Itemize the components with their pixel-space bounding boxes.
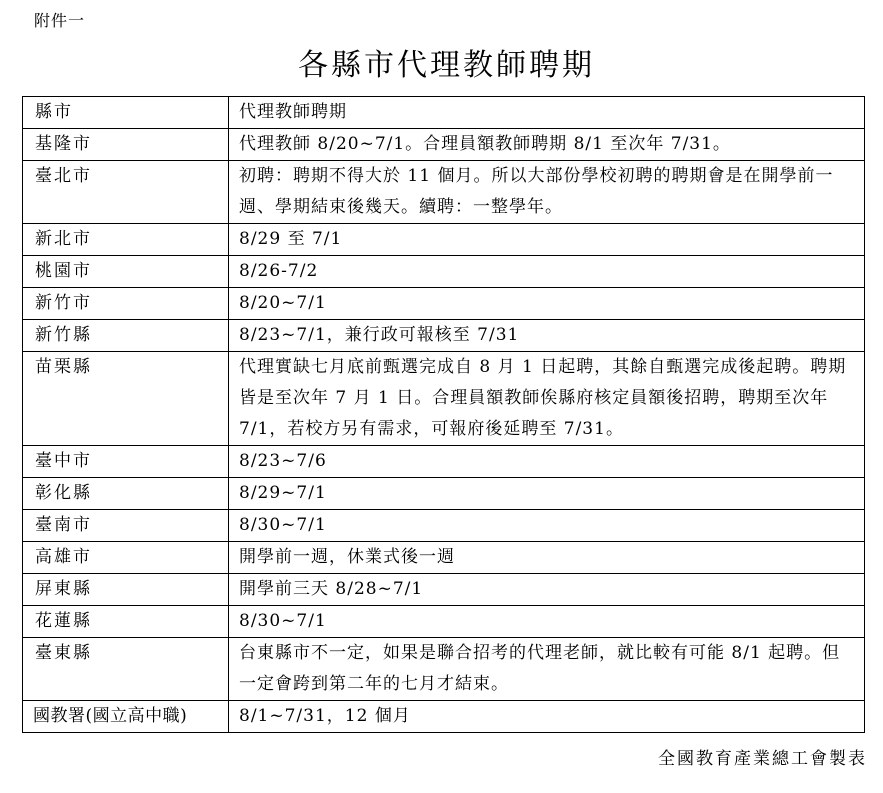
city-cell: 苗栗縣 xyxy=(23,352,229,446)
city-cell: 高雄市 xyxy=(23,542,229,574)
city-cell: 花蓮縣 xyxy=(23,606,229,638)
city-cell: 新北市 xyxy=(23,224,229,256)
period-cell: 8/30~7/1 xyxy=(229,606,865,638)
city-cell: 基隆市 xyxy=(23,129,229,161)
table-header-row: 縣市 代理教師聘期 xyxy=(23,97,865,129)
period-cell: 8/23~7/1，兼行政可報核至 7/31 xyxy=(229,320,865,352)
city-cell: 新竹市 xyxy=(23,288,229,320)
city-cell: 臺中市 xyxy=(23,446,229,478)
table-row: 臺南市 8/30~7/1 xyxy=(23,510,865,542)
city-cell: 彰化縣 xyxy=(23,478,229,510)
page-title: 各縣市代理教師聘期 xyxy=(0,46,883,86)
substitute-teacher-schedule-table: 縣市 代理教師聘期 基隆市 代理教師 8/20~7/1。合理員額教師聘期 8/1… xyxy=(22,96,865,733)
table-row: 桃園市 8/26-7/2 xyxy=(23,256,865,288)
period-cell: 8/1~7/31，12 個月 xyxy=(229,701,865,733)
period-cell: 代理教師 8/20~7/1。合理員額教師聘期 8/1 至次年 7/31。 xyxy=(229,129,865,161)
table-row: 花蓮縣 8/30~7/1 xyxy=(23,606,865,638)
city-cell: 桃園市 xyxy=(23,256,229,288)
table-row: 新竹市 8/20~7/1 xyxy=(23,288,865,320)
period-cell: 8/20~7/1 xyxy=(229,288,865,320)
city-cell: 臺北市 xyxy=(23,161,229,224)
period-cell: 代理實缺七月底前甄選完成自 8 月 1 日起聘，其餘自甄選完成後起聘。聘期皆是至… xyxy=(229,352,865,446)
period-cell: 開學前一週，休業式後一週 xyxy=(229,542,865,574)
period-cell: 8/26-7/2 xyxy=(229,256,865,288)
table-row: 基隆市 代理教師 8/20~7/1。合理員額教師聘期 8/1 至次年 7/31。 xyxy=(23,129,865,161)
table-row: 臺東縣 台東縣市不一定，如果是聯合招考的代理老師，就比較有可能 8/1 起聘。但… xyxy=(23,638,865,701)
header-period: 代理教師聘期 xyxy=(229,97,865,129)
table-row: 新北市 8/29 至 7/1 xyxy=(23,224,865,256)
table-row: 苗栗縣 代理實缺七月底前甄選完成自 8 月 1 日起聘，其餘自甄選完成後起聘。聘… xyxy=(23,352,865,446)
city-cell: 臺東縣 xyxy=(23,638,229,701)
table-row: 屏東縣 開學前三天 8/28~7/1 xyxy=(23,574,865,606)
period-cell: 8/29 至 7/1 xyxy=(229,224,865,256)
table-row: 彰化縣 8/29~7/1 xyxy=(23,478,865,510)
table-row: 國教署(國立高中職) 8/1~7/31，12 個月 xyxy=(23,701,865,733)
city-cell: 臺南市 xyxy=(23,510,229,542)
city-cell: 國教署(國立高中職) xyxy=(23,701,229,733)
period-cell: 8/23~7/6 xyxy=(229,446,865,478)
header-city: 縣市 xyxy=(23,97,229,129)
table-row: 新竹縣 8/23~7/1，兼行政可報核至 7/31 xyxy=(23,320,865,352)
table-row: 高雄市 開學前一週，休業式後一週 xyxy=(23,542,865,574)
attachment-label: 附件一 xyxy=(34,10,85,32)
city-cell: 新竹縣 xyxy=(23,320,229,352)
period-cell: 8/30~7/1 xyxy=(229,510,865,542)
period-cell: 8/29~7/1 xyxy=(229,478,865,510)
table-row: 臺中市 8/23~7/6 xyxy=(23,446,865,478)
period-cell: 開學前三天 8/28~7/1 xyxy=(229,574,865,606)
period-cell: 初聘：聘期不得大於 11 個月。所以大部份學校初聘的聘期會是在開學前一週、學期結… xyxy=(229,161,865,224)
period-cell: 台東縣市不一定，如果是聯合招考的代理老師，就比較有可能 8/1 起聘。但一定會跨… xyxy=(229,638,865,701)
city-cell: 屏東縣 xyxy=(23,574,229,606)
footer-credit: 全國教育產業總工會製表 xyxy=(658,748,867,770)
table-row: 臺北市 初聘：聘期不得大於 11 個月。所以大部份學校初聘的聘期會是在開學前一週… xyxy=(23,161,865,224)
